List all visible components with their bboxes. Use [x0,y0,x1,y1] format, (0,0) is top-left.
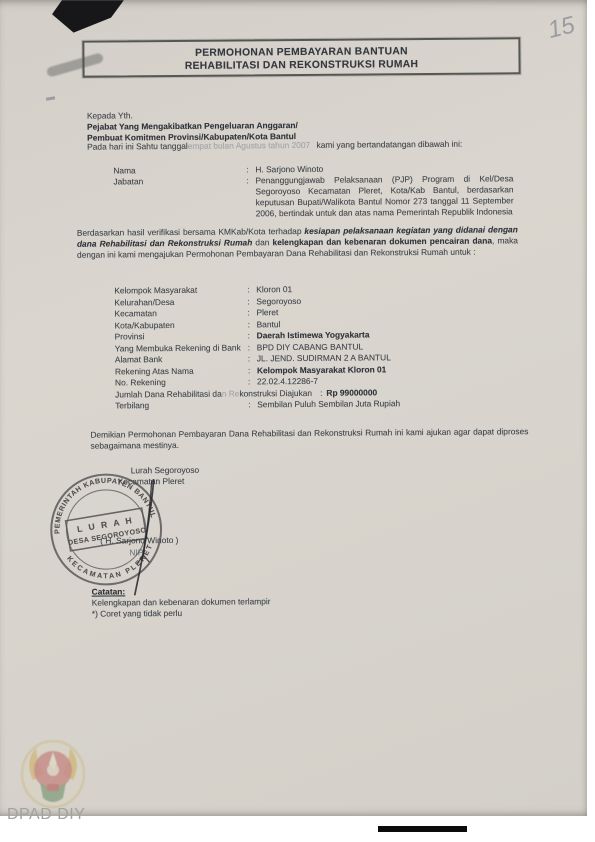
nama-value: H. Sarjono Winoto [255,164,323,176]
separator [320,387,322,397]
separator [248,330,257,342]
separator [248,365,257,377]
separator [248,319,257,331]
separator [247,284,256,296]
detail-value: Sembilan Puluh Sembilan Juta Rupiah [257,397,530,411]
opening-part2: kami yang bertandatangan dibawah ini: [316,139,462,150]
opening-sentence: Pada hari ini Sahtu tanggalempat bulan A… [87,138,527,152]
jabatan-label: Jabatan [113,175,246,220]
separator [248,399,257,411]
verification-part1: Berdasarkan hasil verifikasi bersama KMK… [77,226,305,238]
verification-part2: dan [252,237,272,247]
detail-label: No. Rekening [115,376,248,389]
separator [248,342,257,354]
document-body: PERMOHONAN PEMBAYARAN BANTUAN REHABILITA… [0,0,590,818]
document-title-box: PERMOHONAN PEMBAYARAN BANTUAN REHABILITA… [82,37,520,77]
addressee-block: Kepada Yth. Pejabat Yang Mengakibatkan P… [87,109,298,143]
details-block: Kelompok Masyarakat Kloron 01 Kelurahan/… [114,282,530,412]
document-title-line2: REHABILITASI DAN REKONSTRUKSI RUMAH [84,57,518,73]
opening-part1: Pada hari ini Sahtu tanggal [87,141,188,152]
closing-paragraph: Demikian Permohonan Pembayaran Dana Reha… [90,426,528,451]
separator [246,164,255,175]
verification-emphasis2: kelengkapan dan kebenaran dokumen pencai… [272,236,492,248]
notes-line2: *) Coret yang tidak perlu [92,607,271,619]
separator [247,307,256,319]
separator [246,175,255,219]
archive-watermark: DPAD DIY [7,806,85,824]
jumlah-label-b: konstruksi Diajukan [239,387,312,398]
detail-row-terbilang: Terbilang Sembilan Puluh Sembilan Juta R… [115,397,530,412]
jumlah-label-faded: n Re [222,388,240,398]
paper-sheet: 15 PERMOHONAN PEMBAYARAN BANTUAN REHABIL… [0,0,587,816]
identity-row-jabatan: Jabatan Penanggungjawab Pelaksanaan (PJP… [113,173,518,220]
separator [248,353,257,365]
jumlah-value: Rp 99000000 [326,387,377,397]
detail-label: Terbilang [115,399,248,412]
separator [248,376,257,388]
jumlah-label-a: Jumlah Dana Rehabilitasi da [115,388,222,399]
notes-line1: Kelengkapan dan kebenaran dokumen terlam… [92,596,271,608]
opening-filled-date: empat bulan Agustus tahun 2007 [188,140,311,151]
separator [247,296,256,308]
verification-paragraph: Berdasarkan hasil verifikasi bersama KMK… [77,224,518,261]
scanned-document-page: 15 PERMOHONAN PEMBAYARAN BANTUAN REHABIL… [0,0,595,842]
redaction-bar [378,826,467,832]
notes-block: Catatan: Kelengkapan dan kebenaran dokum… [92,585,271,619]
detail-value: 22.02.4.12286-7 [257,374,530,388]
identity-block: Nama H. Sarjono Winoto Jabatan Penanggun… [113,162,518,220]
provincial-emblem-watermark [20,740,86,812]
jabatan-value: Penanggungjawab Pelaksanaan (PJP) Progra… [255,173,513,219]
handwritten-signature [96,465,177,606]
